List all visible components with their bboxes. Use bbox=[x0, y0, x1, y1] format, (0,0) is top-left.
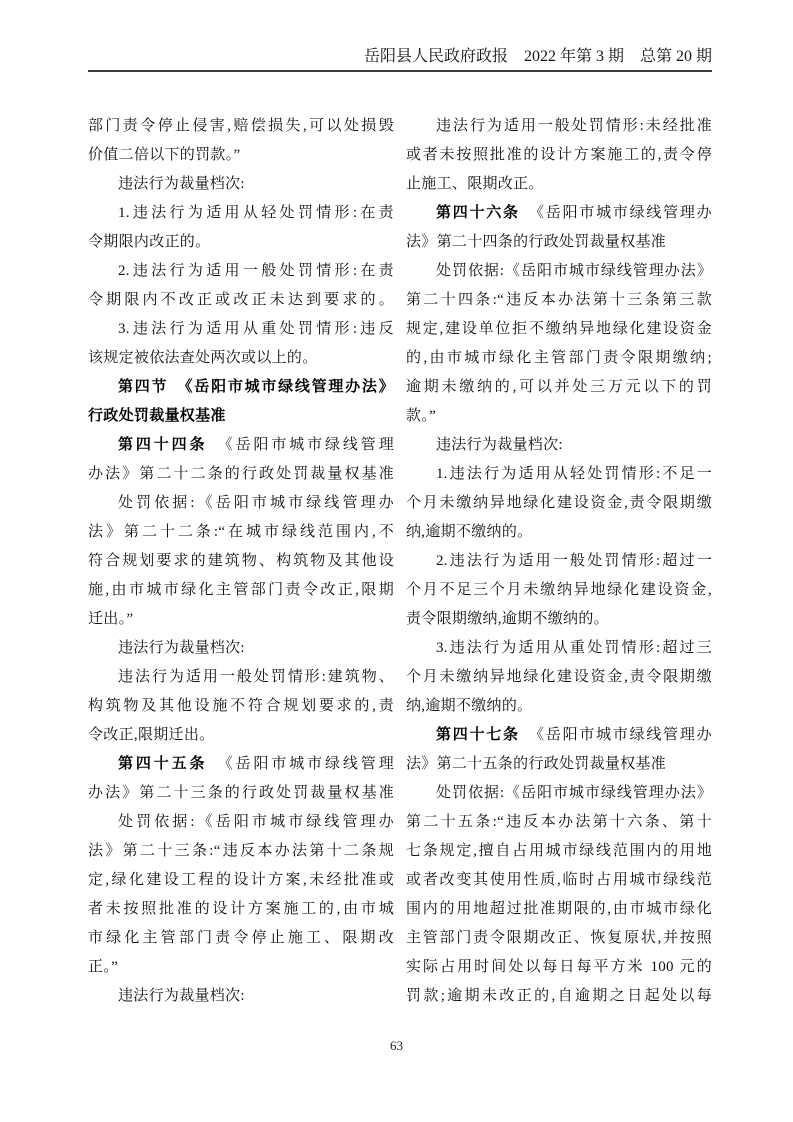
text-line: 处罚依据:《岳阳市城市绿线管理办 bbox=[88, 489, 394, 518]
text-line: 违法行为适用一般处罚情形:未经批准 bbox=[406, 112, 712, 141]
text-line: 法》第二十五条的行政处罚裁量权基准 bbox=[406, 750, 712, 779]
text-line: 处罚依据:《岳阳市城市绿线管理办 bbox=[88, 808, 394, 837]
text-line: 的,由市城市绿化主管部门责令限期缴纳; bbox=[406, 344, 712, 373]
heading-line: 行政处罚裁量权基准 bbox=[88, 402, 394, 431]
text-line: 主管部门责令限期改正、恢复原状,并按照 bbox=[406, 924, 712, 953]
text-line: 围内的用地超过批准期限的,由市城市绿化 bbox=[406, 895, 712, 924]
text-line: 纳,逾期不缴纳的。 bbox=[406, 518, 712, 547]
heading-line: 第四十四条 《岳阳市城市绿线管理 bbox=[88, 431, 394, 460]
column-left: 部门责令停止侵害,赔偿损失,可以处损毁价值二倍以下的罚款。”违法行为裁量档次:1… bbox=[88, 112, 394, 1011]
text-line: 正。” bbox=[88, 953, 394, 982]
text-line: 构筑物及其他设施不符合规划要求的,责 bbox=[88, 692, 394, 721]
text-line: 施,由市城市绿化主管部门责令改正,限期 bbox=[88, 576, 394, 605]
text-line: 法》第二十二条:“在城市绿线范围内,不 bbox=[88, 518, 394, 547]
text-line: 办法》第二十二条的行政处罚裁量权基准 bbox=[88, 460, 394, 489]
text-line: 法》第二十四条的行政处罚裁量权基准 bbox=[406, 228, 712, 257]
text-line: 部门责令停止侵害,赔偿损失,可以处损毁 bbox=[88, 112, 394, 141]
text-line: 规定,建设单位拒不缴纳异地绿化建设资金 bbox=[406, 315, 712, 344]
text-line: 3.违法行为适用从重处罚情形:超过三 bbox=[406, 634, 712, 663]
page-number: 63 bbox=[0, 1038, 793, 1054]
journal-header: 岳阳县人民政府政报 2022 年第 3 期 总第 20 期 bbox=[88, 46, 712, 68]
text-line: 市绿化主管部门责令停止施工、限期改 bbox=[88, 924, 394, 953]
text-line: 迁出。” bbox=[88, 605, 394, 634]
text-line: 该规定被依法查处两次或以上的。 bbox=[88, 344, 394, 373]
text-line: 止施工、限期改正。 bbox=[406, 170, 712, 199]
text-line: 罚款;逾期未改正的,自逾期之日起处以每 bbox=[406, 982, 712, 1011]
heading-line: 第四十七条 《岳阳市城市绿线管理办 bbox=[406, 721, 712, 750]
text-line: 1.违法行为适用从轻处罚情形:不足一 bbox=[406, 460, 712, 489]
text-line: 个月未缴纳异地绿化建设资金,责令限期缴 bbox=[406, 663, 712, 692]
text-line: 实际占用时间处以每日每平方米 100 元的 bbox=[406, 953, 712, 982]
text-line: 第二十四条:“违反本办法第十三条第三款 bbox=[406, 286, 712, 315]
text-line: 款。” bbox=[406, 402, 712, 431]
text-line: 3.违法行为适用从重处罚情形:违反 bbox=[88, 315, 394, 344]
text-line: 或者未按照批准的设计方案施工的,责令停 bbox=[406, 141, 712, 170]
text-line: 2.违法行为适用一般处罚情形:在责 bbox=[88, 257, 394, 286]
text-line: 违法行为裁量档次: bbox=[88, 634, 394, 663]
text-line: 个月不足三个月未缴纳异地绿化建设资金, bbox=[406, 576, 712, 605]
text-line: 七条规定,擅自占用城市绿线范围内的用地 bbox=[406, 837, 712, 866]
text-line: 处罚依据:《岳阳市城市绿线管理办法》 bbox=[406, 257, 712, 286]
header-rule bbox=[88, 70, 712, 72]
text-line: 个月未缴纳异地绿化建设资金,责令限期缴 bbox=[406, 489, 712, 518]
text-line: 违法行为裁量档次: bbox=[406, 431, 712, 460]
text-line: 处罚依据:《岳阳市城市绿线管理办法》 bbox=[406, 779, 712, 808]
text-line: 违法行为裁量档次: bbox=[88, 170, 394, 199]
text-line: 定,绿化建设工程的设计方案,未经批准或 bbox=[88, 866, 394, 895]
text-line: 或者改变其使用性质,临时占用城市绿线范 bbox=[406, 866, 712, 895]
column-right: 违法行为适用一般处罚情形:未经批准或者未按照批准的设计方案施工的,责令停止施工、… bbox=[406, 112, 712, 1011]
text-line: 2.违法行为适用一般处罚情形:超过一 bbox=[406, 547, 712, 576]
text-line: 办法》第二十三条的行政处罚裁量权基准 bbox=[88, 779, 394, 808]
heading-line: 第四十五条 《岳阳市城市绿线管理 bbox=[88, 750, 394, 779]
text-line: 第二十五条:“违反本办法第十六条、第十 bbox=[406, 808, 712, 837]
text-line: 令期限内不改正或改正未达到要求的。 bbox=[88, 286, 394, 315]
text-line: 违法行为适用一般处罚情形:建筑物、 bbox=[88, 663, 394, 692]
text-line: 逾期未缴纳的,可以并处三万元以下的罚 bbox=[406, 373, 712, 402]
text-line: 者未按照批准的设计方案施工的,由市城 bbox=[88, 895, 394, 924]
heading-line: 第四节 《岳阳市城市绿线管理办法》 bbox=[88, 373, 394, 402]
text-line: 纳,逾期不缴纳的。 bbox=[406, 692, 712, 721]
text-line: 符合规划要求的建筑物、构筑物及其他设 bbox=[88, 547, 394, 576]
text-line: 违法行为裁量档次: bbox=[88, 982, 394, 1011]
text-line: 令期限内改正的。 bbox=[88, 228, 394, 257]
text-line: 价值二倍以下的罚款。” bbox=[88, 141, 394, 170]
text-line: 1.违法行为适用从轻处罚情形:在责 bbox=[88, 199, 394, 228]
text-line: 令改正,限期迁出。 bbox=[88, 721, 394, 750]
heading-line: 第四十六条 《岳阳市城市绿线管理办 bbox=[406, 199, 712, 228]
text-line: 责令限期缴纳,逾期不缴纳的。 bbox=[406, 605, 712, 634]
text-line: 法》第二十三条:“违反本办法第十二条规 bbox=[88, 837, 394, 866]
gazette-page: 岳阳县人民政府政报 2022 年第 3 期 总第 20 期 部门责令停止侵害,赔… bbox=[0, 0, 793, 1122]
content-columns: 部门责令停止侵害,赔偿损失,可以处损毁价值二倍以下的罚款。”违法行为裁量档次:1… bbox=[88, 112, 712, 1011]
